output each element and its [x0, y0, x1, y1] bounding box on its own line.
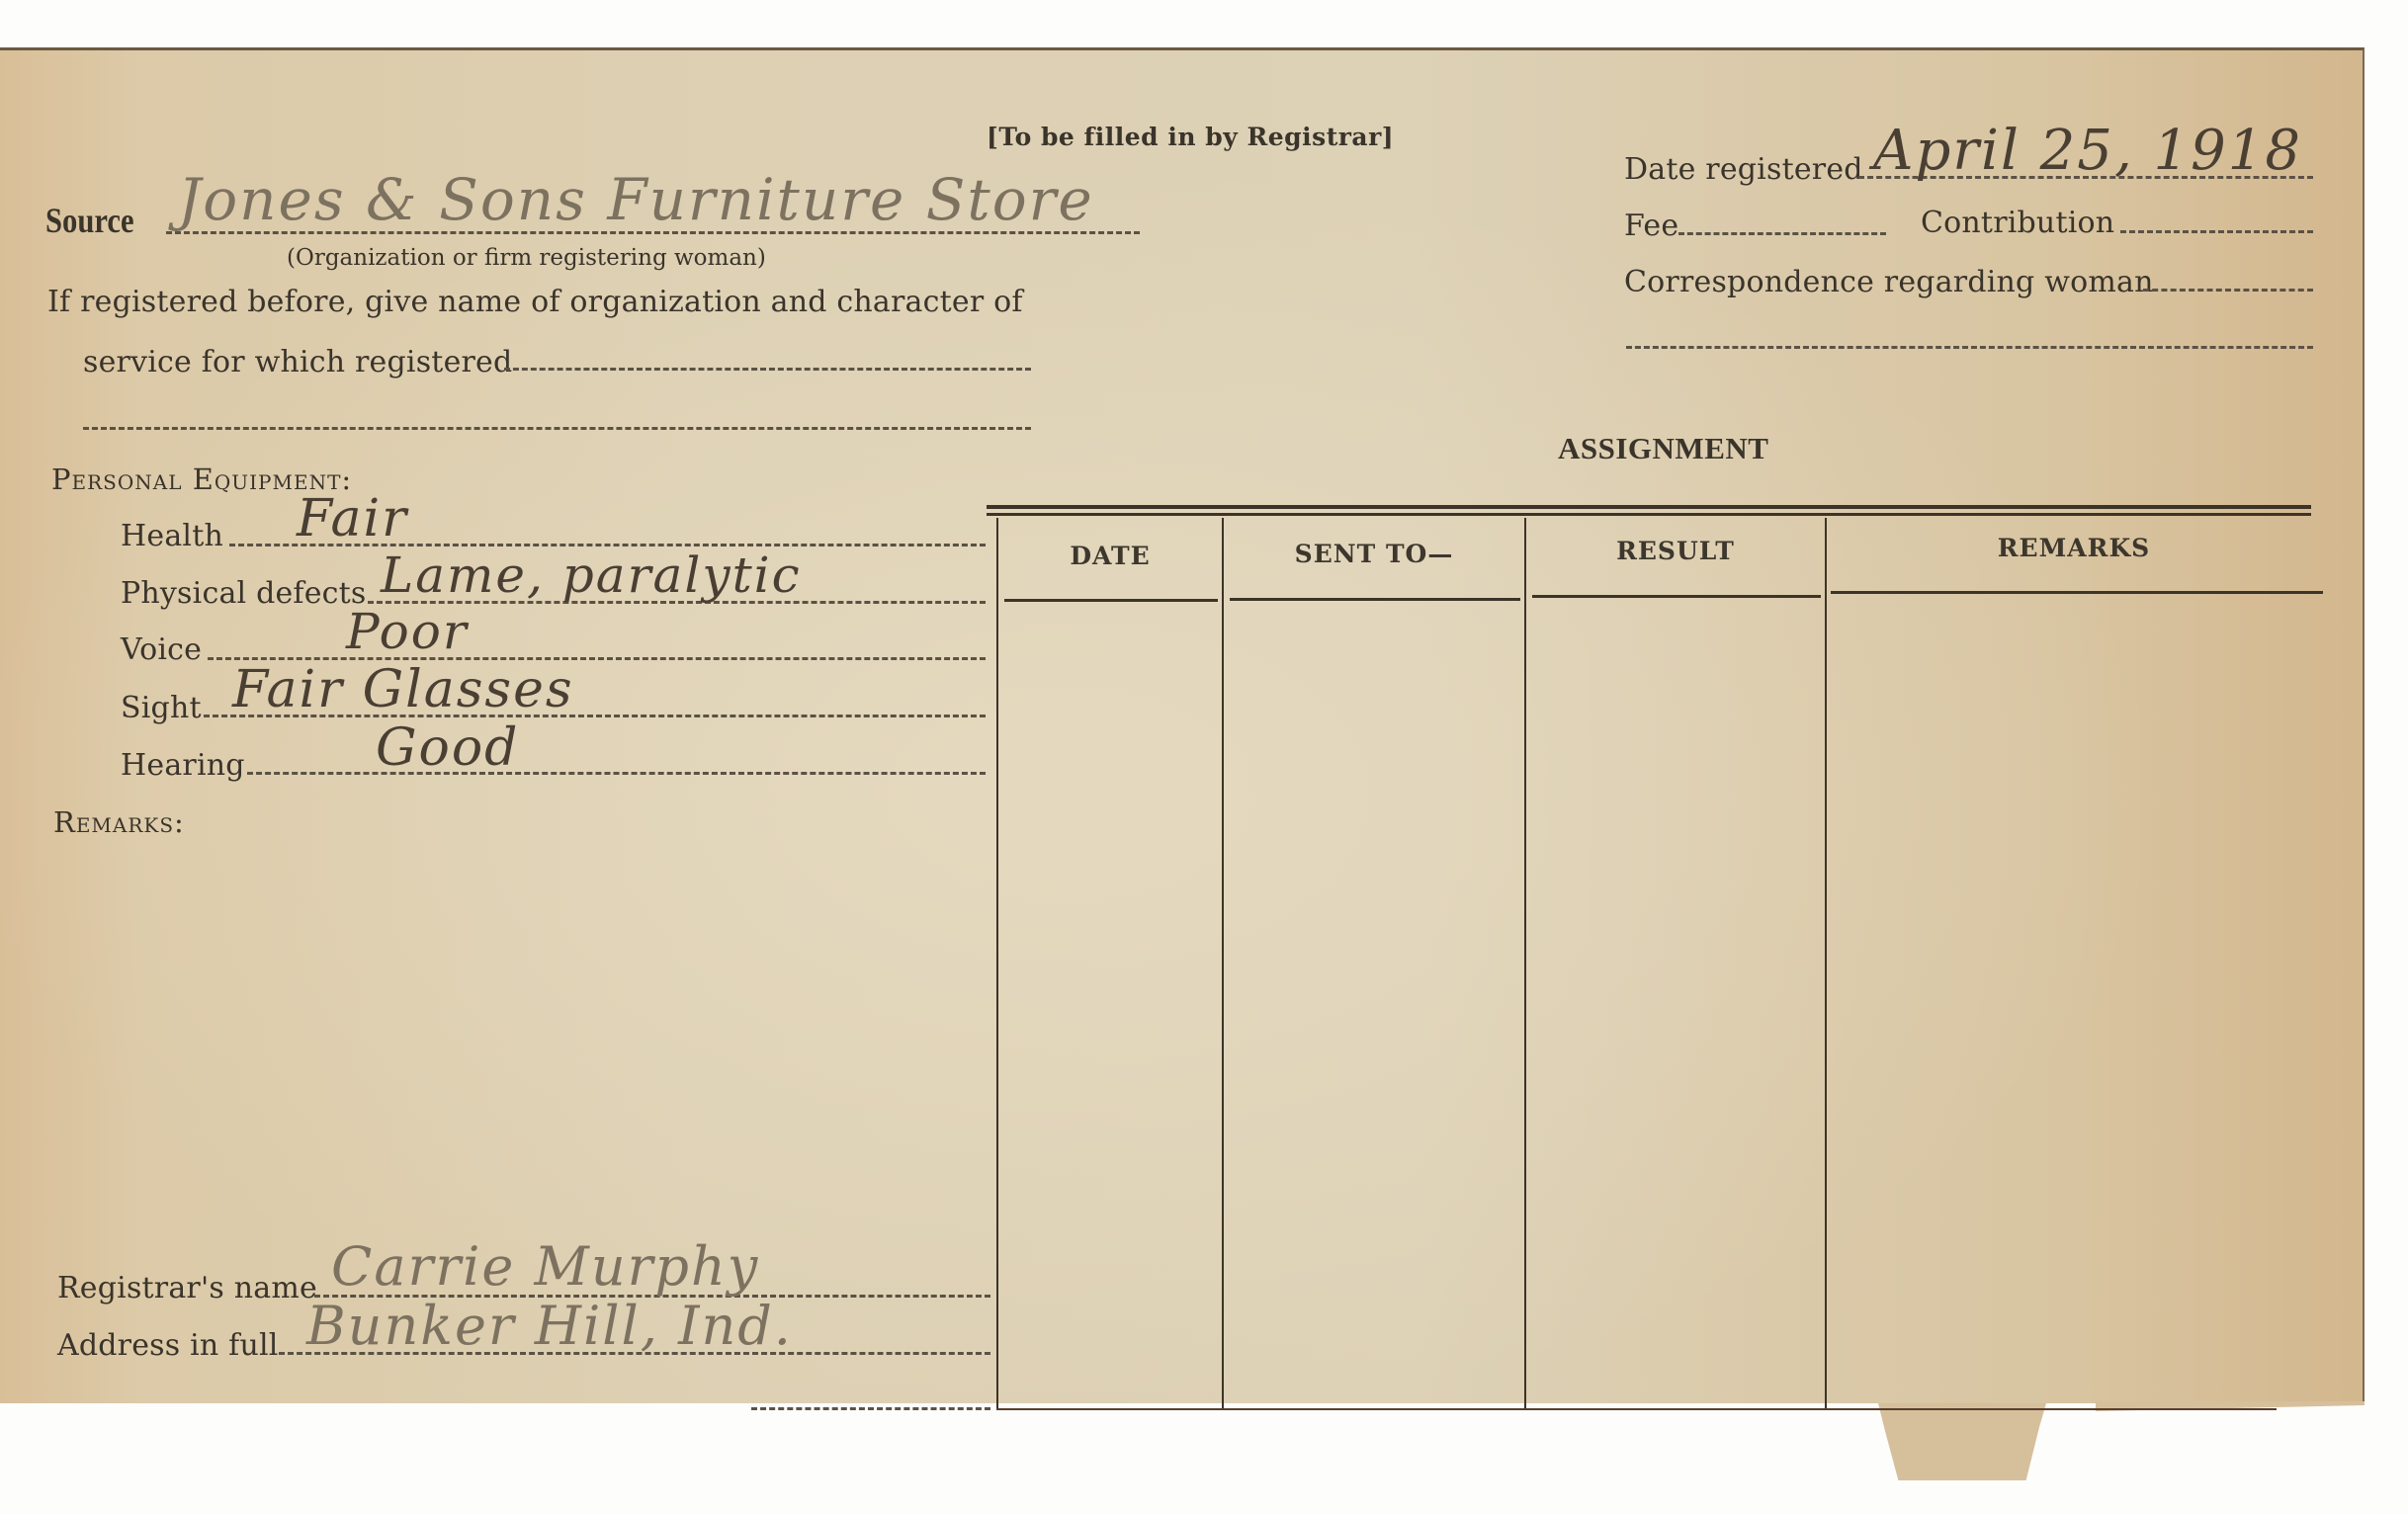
hearing-field-value[interactable]: Good — [376, 718, 519, 778]
registrar-name-value[interactable]: Carrie Murphy — [331, 1235, 759, 1298]
column-divider-1 — [1222, 518, 1224, 1409]
table-cell-remarks[interactable] — [1829, 605, 2311, 1407]
table-cell-sent-to[interactable] — [1226, 605, 1522, 1407]
contribution-field-line[interactable] — [2120, 230, 2313, 233]
date-registered-label: Date registered — [1624, 152, 1863, 187]
contribution-label: Contribution — [1921, 206, 2114, 240]
assignment-title: ASSIGNMENT — [1558, 431, 1768, 466]
header-rule-date — [1004, 599, 1218, 602]
header-rule-result — [1532, 595, 1821, 598]
health-label: Health — [121, 519, 223, 553]
previous-registration-field-line-2[interactable] — [83, 427, 1031, 430]
remarks-heading: Remarks: — [53, 805, 185, 839]
table-top-rule — [987, 505, 2311, 509]
table-cell-date[interactable] — [1000, 605, 1220, 1407]
address-label: Address in full — [57, 1328, 279, 1363]
table-bottom-rule — [996, 1408, 2277, 1410]
column-header-remarks: REMARKS — [1827, 534, 2321, 562]
table-left-border — [996, 518, 998, 1409]
table-top-rule-2 — [987, 513, 2311, 516]
correspondence-field-line-2[interactable] — [1626, 346, 2313, 349]
table-cell-result[interactable] — [1528, 605, 1823, 1407]
torn-edge — [1878, 1403, 2046, 1480]
previous-registration-prompt: If registered before, give name of organ… — [47, 285, 1023, 319]
hearing-field-line — [247, 772, 986, 775]
hearing-label: Hearing — [121, 748, 245, 783]
previous-registration-prompt-2: service for which registered — [83, 345, 512, 379]
source-label: Source — [45, 200, 134, 241]
voice-label: Voice — [121, 632, 202, 667]
source-caption: (Organization or firm registering woman) — [287, 245, 766, 271]
source-field-value[interactable]: Jones & Sons Furniture Store — [178, 166, 1094, 233]
address-field-line-2 — [751, 1407, 990, 1410]
date-registered-value[interactable]: April 25, 1918 — [1873, 119, 2302, 183]
registrar-note: [To be filled in by Registrar] — [987, 123, 1394, 151]
physical-defects-field-value[interactable]: Lame, paralytic — [381, 547, 802, 604]
physical-defects-label: Physical defects — [121, 576, 367, 611]
column-divider-3 — [1825, 518, 1827, 1409]
column-header-date: DATE — [998, 542, 1222, 570]
sight-field-value[interactable]: Fair Glasses — [232, 660, 574, 719]
previous-registration-field-line[interactable] — [504, 368, 1031, 371]
address-value[interactable]: Bunker Hill, Ind. — [306, 1295, 793, 1357]
header-rule-remarks — [1831, 591, 2323, 594]
fee-label: Fee — [1624, 209, 1678, 243]
voice-field-value[interactable]: Poor — [346, 603, 469, 660]
registrar-name-label: Registrar's name — [57, 1271, 317, 1305]
header-rule-sent-to — [1230, 598, 1520, 601]
column-header-sent-to: SENT TO— — [1224, 540, 1524, 568]
health-field-value[interactable]: Fair — [297, 489, 408, 548]
sight-label: Sight — [121, 691, 202, 725]
remarks-area[interactable] — [53, 850, 983, 1245]
correspondence-field-line[interactable] — [2143, 289, 2313, 292]
column-header-result: RESULT — [1526, 537, 1825, 565]
fee-field-line[interactable] — [1678, 232, 1886, 235]
correspondence-label: Correspondence regarding woman — [1624, 265, 2154, 299]
column-divider-2 — [1524, 518, 1526, 1409]
